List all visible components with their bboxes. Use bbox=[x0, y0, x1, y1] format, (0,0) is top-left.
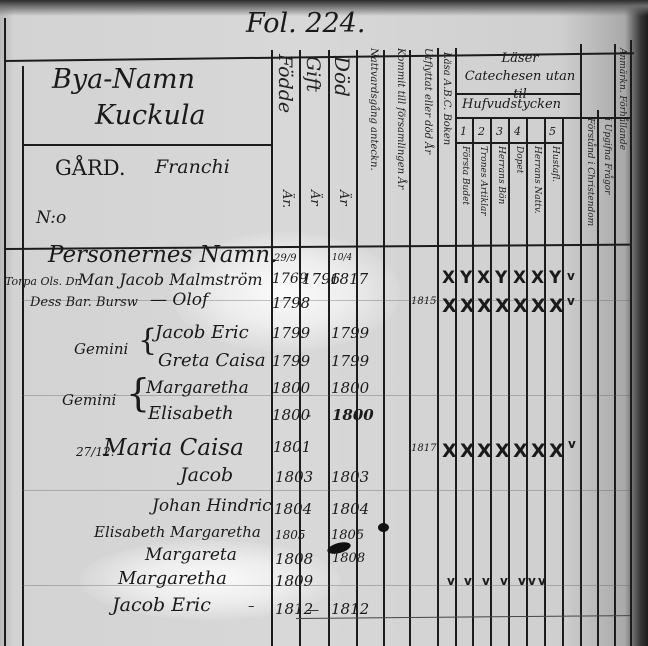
birth-year: 1799 bbox=[272, 354, 310, 369]
birth-date-note: 29/9 bbox=[274, 254, 296, 264]
part-label: Hustafl. bbox=[550, 146, 559, 182]
person-name: Margareta bbox=[145, 547, 237, 564]
mark: X bbox=[513, 297, 528, 316]
mark: X bbox=[531, 297, 546, 316]
birth-year: 1809 bbox=[275, 574, 313, 589]
part-number: 3 bbox=[496, 126, 503, 137]
mark: v bbox=[518, 575, 526, 587]
mark: v bbox=[538, 575, 546, 587]
person-name: Margaretha bbox=[146, 380, 249, 397]
person-name: Johan Hindric bbox=[152, 498, 272, 515]
birth-year: 1800 bbox=[272, 381, 310, 396]
mark: v bbox=[482, 575, 490, 587]
row-prefix: Torpa Ols. Dr. bbox=[5, 276, 82, 287]
person-name: Maria Caisa bbox=[103, 437, 244, 460]
mark: v bbox=[567, 270, 575, 282]
mark: X bbox=[495, 297, 510, 316]
moved-year: 1817 bbox=[411, 444, 436, 454]
faint-line bbox=[22, 490, 630, 491]
mark: Y bbox=[495, 270, 507, 287]
mark: X bbox=[549, 442, 564, 461]
mark: v bbox=[567, 295, 575, 307]
death-date-note: 10/4 bbox=[332, 254, 352, 263]
mark: Y bbox=[460, 270, 472, 287]
mark: v bbox=[500, 575, 508, 587]
person-name: Margaretha bbox=[118, 570, 227, 588]
death-year: 1799 bbox=[331, 354, 369, 369]
birth-year: 1798 bbox=[272, 296, 310, 311]
birth-year: 1803 bbox=[275, 470, 313, 485]
rule-line bbox=[472, 118, 474, 646]
mark: X bbox=[513, 270, 526, 287]
rule-line bbox=[22, 144, 271, 146]
birth-year: 1799 bbox=[272, 326, 310, 341]
death-year: 1817 bbox=[330, 272, 368, 287]
row-prefix: Dess Bar. Bursw bbox=[30, 296, 138, 309]
part-label: Trones Artiklar bbox=[478, 146, 487, 216]
abc-book-header: Läsa A.B.C. Boken bbox=[441, 52, 451, 145]
birth-year: 1800 bbox=[272, 408, 310, 423]
mark: X bbox=[513, 442, 528, 461]
rule-line bbox=[508, 118, 510, 646]
death-year: 1803 bbox=[331, 470, 369, 485]
village-name: Kuckula bbox=[95, 102, 206, 129]
rule-line bbox=[580, 44, 582, 646]
mark: v bbox=[528, 575, 536, 587]
death-year: 1800 bbox=[331, 381, 369, 396]
left-margin-line bbox=[4, 18, 6, 646]
mark: v bbox=[568, 438, 576, 450]
death-year: 1799 bbox=[331, 326, 369, 341]
twins-label: Gemini bbox=[62, 393, 116, 408]
moved-year: 1815 bbox=[411, 297, 436, 307]
rule-line bbox=[490, 118, 492, 646]
mark: v bbox=[447, 575, 455, 587]
mark: X bbox=[442, 442, 457, 461]
part-label: Herrans Nattv. bbox=[532, 146, 541, 214]
mark: v bbox=[464, 575, 472, 587]
rule-line bbox=[544, 118, 546, 646]
mark: X bbox=[442, 297, 457, 316]
understanding-header: Förstånd i Christendom bbox=[585, 118, 594, 226]
farm-name: Franchi bbox=[155, 158, 230, 177]
mark: X bbox=[460, 297, 475, 316]
born-sub: Är. bbox=[280, 190, 293, 208]
death-year: 1800 bbox=[332, 408, 374, 423]
mark: X bbox=[531, 442, 546, 461]
rule-line bbox=[526, 118, 528, 646]
rule-line bbox=[328, 50, 330, 646]
rule-line bbox=[455, 48, 457, 646]
mark: Y bbox=[549, 270, 561, 287]
died-header: Död bbox=[332, 56, 352, 97]
death-year: 1808 bbox=[332, 552, 365, 565]
part-number: 5 bbox=[549, 126, 556, 137]
mark: X bbox=[477, 442, 492, 461]
twins-label: Gemini bbox=[74, 342, 128, 357]
moved-in-header: Kommit till församlingen År bbox=[395, 48, 405, 189]
person-name: Jacob Eric bbox=[155, 324, 249, 342]
part-label: Dopet bbox=[514, 146, 523, 173]
farm-label: GÅRD. bbox=[55, 158, 126, 179]
church-register-page: Fol. 224. Bya-Namn Kuckula GÅRD. Franchi… bbox=[0, 0, 648, 646]
mark: X bbox=[531, 270, 544, 287]
died-sub: Är bbox=[337, 190, 350, 206]
dash: – bbox=[248, 600, 255, 613]
birth-year: 1805 bbox=[275, 529, 306, 541]
main-parts-header: Hufvudstycken bbox=[462, 98, 561, 111]
part-number: 2 bbox=[478, 126, 485, 137]
married-sub: Är bbox=[308, 190, 321, 206]
remarks-header: Anmärkn. Förhållande bbox=[617, 48, 626, 150]
person-name: Elisabeth bbox=[148, 405, 234, 423]
answers-header: i Upgifna Frågor bbox=[602, 118, 611, 194]
death-year: 1812 bbox=[331, 602, 369, 617]
person-name: Jacob bbox=[180, 466, 233, 485]
village-label: Bya-Namn bbox=[52, 66, 195, 93]
death-year: 1804 bbox=[331, 502, 369, 517]
part-number: 1 bbox=[460, 126, 467, 137]
rule-line bbox=[383, 50, 385, 646]
part-number: 4 bbox=[514, 126, 521, 137]
person-name: Man Jacob Malmström bbox=[78, 272, 263, 288]
part-label: Första Budet bbox=[460, 146, 469, 205]
rule-line bbox=[562, 118, 564, 646]
birth-year: 1801 bbox=[273, 440, 311, 455]
dash: — bbox=[306, 604, 319, 617]
moved-out-header: Utflyttat eller död År bbox=[422, 48, 432, 154]
married-header: Gift bbox=[303, 56, 322, 92]
mark: X bbox=[495, 442, 510, 461]
rule-line bbox=[597, 110, 599, 646]
rule-line bbox=[630, 40, 632, 646]
rule-line bbox=[455, 142, 562, 144]
person-name: — Olof bbox=[150, 292, 208, 309]
rule-line bbox=[271, 50, 273, 646]
birth-year: 1804 bbox=[274, 502, 312, 517]
rule-line bbox=[22, 66, 24, 646]
person-name: Greta Caisa bbox=[158, 352, 266, 370]
mark: X bbox=[442, 270, 455, 287]
dash: - bbox=[306, 408, 311, 423]
persons-label: Personernes Namn. bbox=[48, 244, 277, 267]
communion-header: Nattvardsgång anteckn. bbox=[368, 48, 378, 171]
number-label: N:o bbox=[36, 210, 66, 227]
person-name: Jacob Eric bbox=[112, 596, 211, 615]
rule-line bbox=[437, 48, 439, 646]
folio-number: Fol. 224. bbox=[246, 10, 365, 37]
death-year: 1805 bbox=[331, 529, 364, 542]
mark: X bbox=[477, 270, 490, 287]
part-label: Herrans Bön bbox=[496, 146, 505, 204]
mark: X bbox=[477, 297, 492, 316]
mark: X bbox=[460, 442, 475, 461]
rule-line bbox=[614, 44, 616, 646]
rule-line bbox=[409, 50, 411, 646]
ink-blot bbox=[378, 523, 389, 532]
mark: X bbox=[549, 297, 564, 316]
born-header: Födde bbox=[275, 54, 294, 113]
person-name: Elisabeth Margaretha bbox=[94, 525, 261, 540]
birth-year: 1808 bbox=[275, 552, 313, 567]
